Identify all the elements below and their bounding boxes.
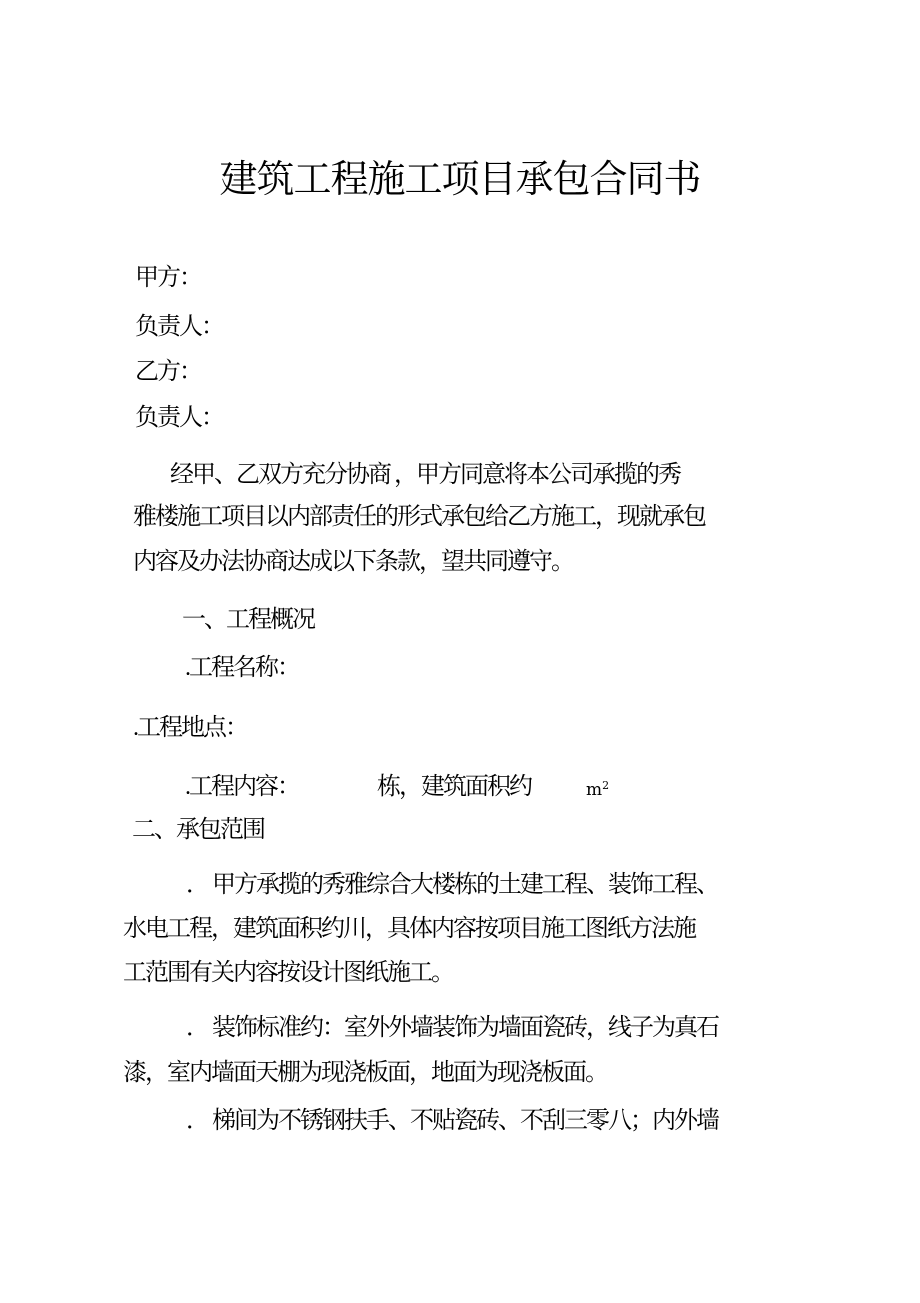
area-unit-exponent: 2 (602, 779, 609, 792)
preamble-line-3: 内容及办法协商达成以下条款，望共同遵守。 (133, 549, 573, 575)
decoration-para-line-1: ． 装饰标准约：室外外墙装饰为墙面瓷砖，线子为真石 (186, 1015, 718, 1041)
preamble-line-2: 雅楼施工项目以内部责任的形式承包给乙方施工，现就承包 (133, 504, 705, 530)
party-b-label: 乙方： (135, 359, 201, 385)
contract-title: 建筑工程施工项目承包合同书 (0, 160, 920, 202)
decoration-para-line-2: 漆，室内墙面天棚为现浇板面，地面为现浇板面。 (123, 1060, 607, 1086)
area-unit: m2 (586, 781, 609, 800)
scope-para-line-3: 工范围有关内容按设计图纸施工。 (123, 960, 453, 986)
stairs-para-line-1: ． 梯间为不锈钢扶手、不贴瓷砖、不刮三零八；内外墙 (186, 1108, 718, 1134)
project-content-label: .工程内容： (185, 774, 299, 800)
party-a-label: 甲方： (135, 265, 201, 291)
project-location-item: .工程地点： (133, 715, 247, 741)
document-page: 建筑工程施工项目承包合同书 甲方： 负责人： 乙方： 负责人： 经甲、乙双方充分… (0, 0, 920, 1303)
party-b-manager-label: 负责人： (135, 405, 223, 431)
party-a-manager-label: 负责人： (135, 314, 223, 340)
project-content-value: 栋，建筑面积约 (377, 774, 531, 800)
project-name-item: .工程名称： (185, 655, 299, 681)
preamble-line-1: 经甲、乙双方充分协商 ，甲方同意将本公司承揽的秀 (170, 462, 680, 488)
section-scope-heading: 二、承包范围 (132, 817, 264, 843)
scope-para-line-1: ． 甲方承揽的秀雅综合大楼栋的土建工程、装饰工程、 (186, 872, 718, 898)
scope-para-line-2: 水电工程，建筑面积约川，具体内容按项目施工图纸方法施 (123, 916, 695, 942)
area-unit-base: m (586, 780, 602, 800)
section-overview-heading: 一、工程概况 (182, 607, 314, 633)
